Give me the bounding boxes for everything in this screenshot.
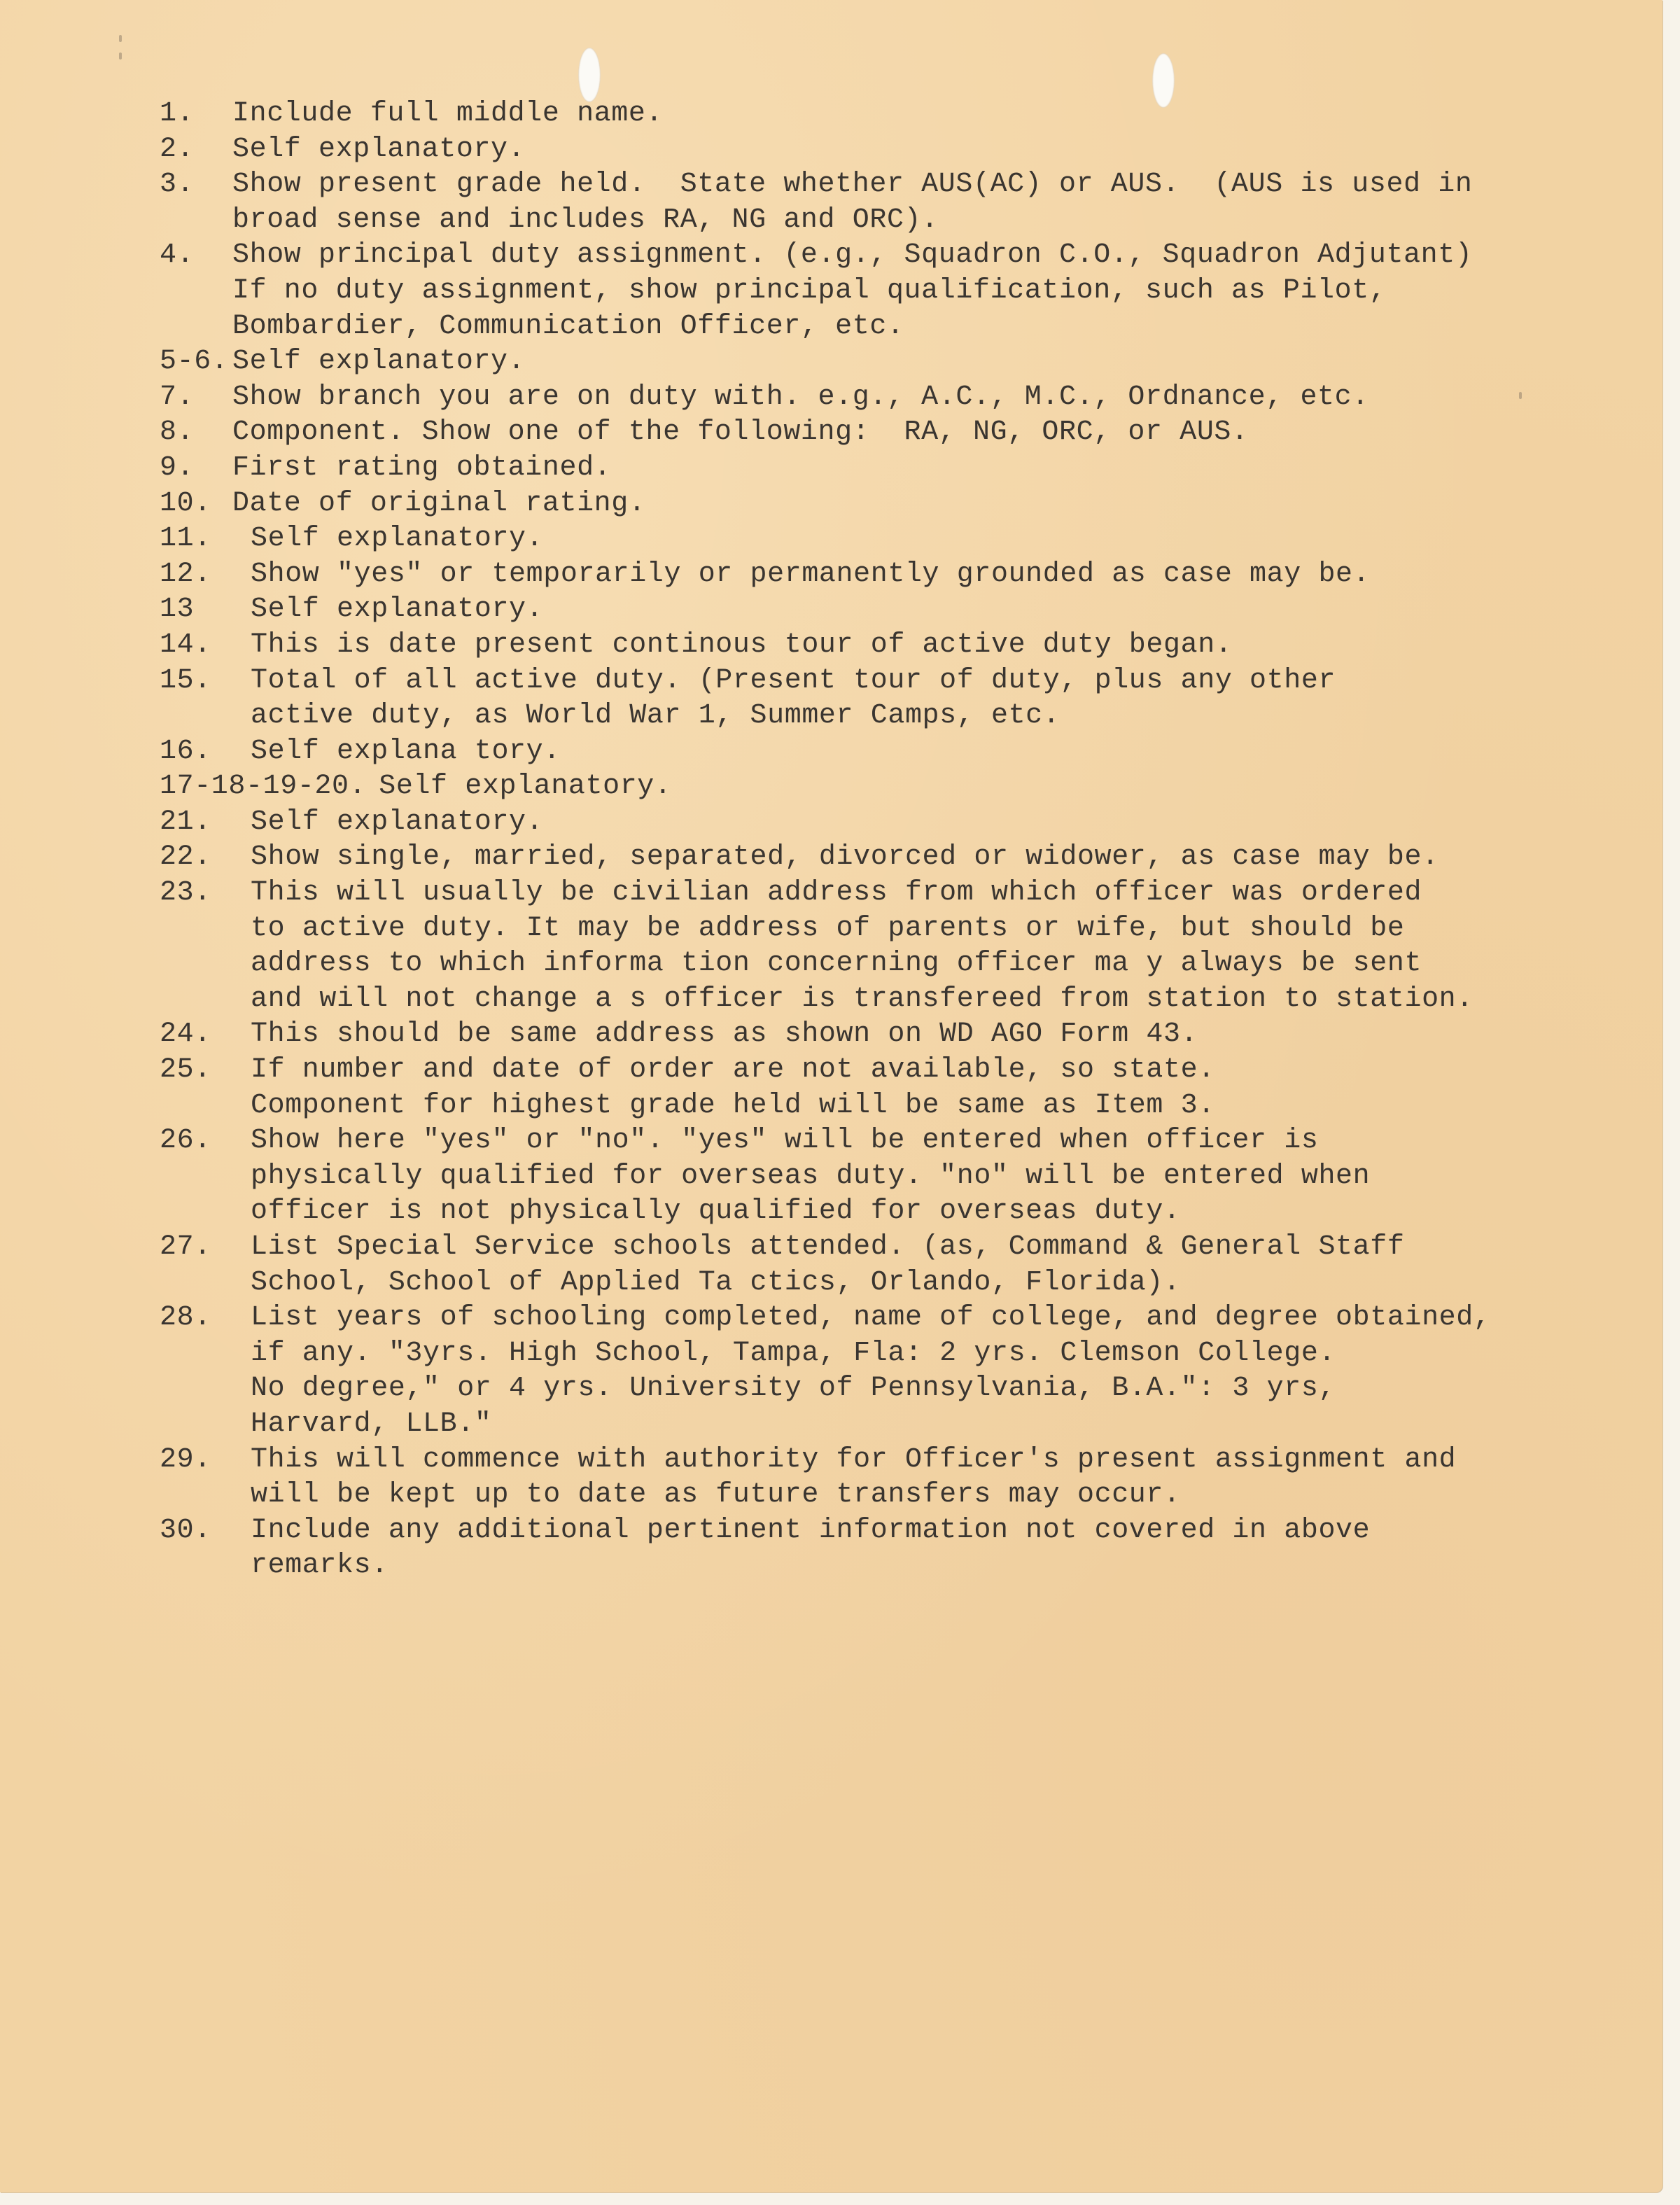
list-item: 16.Self explana tory.	[160, 734, 1560, 770]
item-text: List Special Service schools attended. (…	[232, 1230, 1404, 1266]
item-number: 21.	[160, 805, 232, 841]
item-text: Self explanatory.	[379, 769, 671, 805]
item-text-continued: and will not change a s officer is trans…	[160, 982, 1560, 1018]
item-number: 9.	[160, 451, 232, 486]
list-item: 11.Self explanatory.	[160, 521, 1560, 557]
item-text: List years of schooling completed, name …	[232, 1301, 1490, 1336]
item-text: Self explanatory.	[232, 132, 525, 168]
item-number: 5-6.	[160, 344, 232, 380]
item-number: 17-18-19-20.	[160, 769, 366, 805]
item-number: 11.	[160, 521, 232, 557]
item-number: 22.	[160, 840, 232, 876]
punch-hole	[578, 48, 601, 102]
item-text-continued: officer is not physically qualified for …	[160, 1194, 1560, 1230]
item-text: Total of all active duty. (Present tour …	[232, 664, 1336, 699]
item-text: This will commence with authority for Of…	[232, 1443, 1456, 1478]
item-text: This should be same address as shown on …	[232, 1017, 1198, 1053]
list-item: 2.Self explanatory.	[160, 132, 1560, 168]
item-number: 7.	[160, 380, 232, 416]
list-item: 1.Include full middle name.	[160, 97, 1560, 132]
item-text: This is date present continous tour of a…	[232, 628, 1232, 664]
list-item: 3.Show present grade held. State whether…	[160, 167, 1560, 203]
item-number: 12.	[160, 557, 232, 593]
list-item: 23.This will usually be civilian address…	[160, 876, 1560, 911]
item-number: 30.	[160, 1513, 232, 1549]
item-text: If number and date of order are not avai…	[232, 1053, 1215, 1088]
speck	[119, 52, 122, 59]
list-item: 21.Self explanatory.	[160, 805, 1560, 841]
item-text: Self explanatory.	[232, 521, 543, 557]
list-item: 27.List Special Service schools attended…	[160, 1230, 1560, 1266]
item-text: Show principal duty assignment. (e.g., S…	[232, 238, 1472, 274]
item-number: 13	[160, 592, 232, 628]
item-text: Show "yes" or temporarily or permanently…	[232, 557, 1370, 593]
item-text: Date of original rating.	[232, 486, 646, 522]
item-text: Self explanatory.	[232, 592, 543, 628]
item-text-continued: If no duty assignment, show principal qu…	[160, 274, 1560, 309]
item-number: 26.	[160, 1123, 232, 1159]
item-number: 10.	[160, 486, 232, 522]
list-item: 10.Date of original rating.	[160, 486, 1560, 522]
item-text-continued: address to which informa tion concerning…	[160, 946, 1560, 982]
item-text: First rating obtained.	[232, 451, 611, 486]
item-text-continued: remarks.	[160, 1548, 1560, 1584]
list-item: 30.Include any additional pertinent info…	[160, 1513, 1560, 1549]
list-item: 9.First rating obtained.	[160, 451, 1560, 486]
item-number: 24.	[160, 1017, 232, 1053]
item-text: Show branch you are on duty with. e.g., …	[232, 380, 1369, 416]
list-item: 17-18-19-20.Self explanatory.	[160, 769, 1560, 805]
item-text-continued: School, School of Applied Ta ctics, Orla…	[160, 1266, 1560, 1301]
item-number: 27.	[160, 1230, 232, 1266]
list-item: 28.List years of schooling completed, na…	[160, 1301, 1560, 1336]
item-number: 25.	[160, 1053, 232, 1088]
item-text: Component. Show one of the following: RA…	[232, 415, 1249, 451]
item-text-continued: broad sense and includes RA, NG and ORC)…	[160, 203, 1560, 239]
list-item: 13Self explanatory.	[160, 592, 1560, 628]
item-text: This will usually be civilian address fr…	[232, 876, 1422, 911]
item-number: 16.	[160, 734, 232, 770]
item-text: Self explanatory.	[232, 805, 543, 841]
item-text-continued: if any. "3yrs. High School, Tampa, Fla: …	[160, 1336, 1560, 1372]
item-text-continued: physically qualified for overseas duty. …	[160, 1159, 1560, 1195]
list-item: 12.Show "yes" or temporarily or permanen…	[160, 557, 1560, 593]
item-text: Show single, married, separated, divorce…	[232, 840, 1439, 876]
list-item: 15.Total of all active duty. (Present to…	[160, 664, 1560, 699]
item-text: Show here "yes" or "no". "yes" will be e…	[232, 1123, 1318, 1159]
item-text: Include any additional pertinent informa…	[232, 1513, 1370, 1549]
item-number: 8.	[160, 415, 232, 451]
list-item: 24.This should be same address as shown …	[160, 1017, 1560, 1053]
document-page: 1.Include full middle name. 2.Self expla…	[0, 0, 1662, 2192]
item-number: 3.	[160, 167, 232, 203]
item-text-continued: Harvard, LLB."	[160, 1407, 1560, 1443]
item-number: 15.	[160, 664, 232, 699]
list-item: 29.This will commence with authority for…	[160, 1443, 1560, 1478]
item-number: 29.	[160, 1443, 232, 1478]
list-item: 25.If number and date of order are not a…	[160, 1053, 1560, 1088]
item-number: 1.	[160, 97, 232, 132]
speck	[119, 35, 122, 42]
item-text-continued: active duty, as World War 1, Summer Camp…	[160, 699, 1560, 734]
item-text-continued: will be kept up to date as future transf…	[160, 1478, 1560, 1513]
item-text: Self explanatory.	[232, 344, 525, 380]
list-item: 26.Show here "yes" or "no". "yes" will b…	[160, 1123, 1560, 1159]
item-number: 23.	[160, 876, 232, 911]
list-item: 4.Show principal duty assignment. (e.g.,…	[160, 238, 1560, 274]
item-text: Self explana tory.	[232, 734, 561, 770]
list-item: 5-6.Self explanatory.	[160, 344, 1560, 380]
item-number: 14.	[160, 628, 232, 664]
item-text-continued: Component for highest grade held will be…	[160, 1088, 1560, 1124]
instruction-list: 1.Include full middle name. 2.Self expla…	[160, 97, 1560, 1584]
item-text-continued: Bombardier, Communication Officer, etc.	[160, 309, 1560, 345]
item-number: 2.	[160, 132, 232, 168]
list-item: 14.This is date present continous tour o…	[160, 628, 1560, 664]
item-text-continued: to active duty. It may be address of par…	[160, 911, 1560, 947]
item-text-continued: No degree," or 4 yrs. University of Penn…	[160, 1371, 1560, 1407]
item-text: Show present grade held. State whether A…	[232, 167, 1472, 203]
item-text: Include full middle name.	[232, 97, 663, 132]
list-item: 22.Show single, married, separated, divo…	[160, 840, 1560, 876]
item-number: 28.	[160, 1301, 232, 1336]
list-item: 7.Show branch you are on duty with. e.g.…	[160, 380, 1560, 416]
list-item: 8.Component. Show one of the following: …	[160, 415, 1560, 451]
item-number: 4.	[160, 238, 232, 274]
